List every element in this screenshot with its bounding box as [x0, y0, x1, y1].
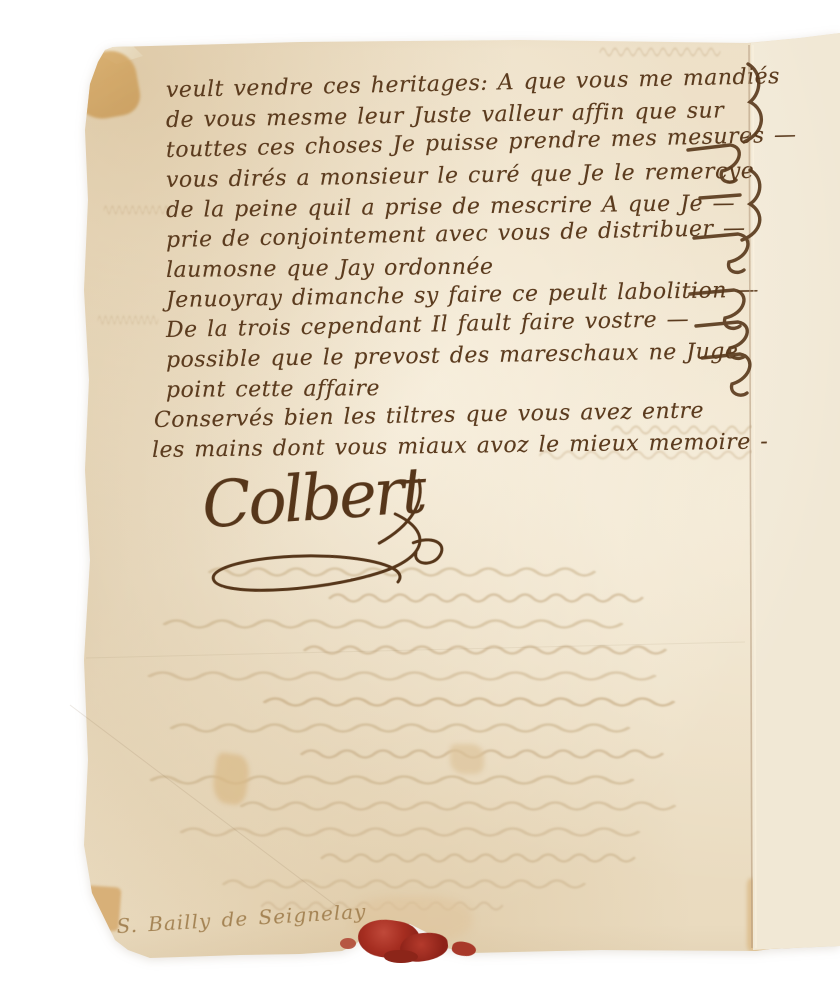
letter-sheet: veult vendre ces heritages: A que vous m…: [0, 0, 840, 1005]
letter-text-block: veult vendre ces heritages: A que vous m…: [166, 76, 786, 466]
colbert-signature: Colbert: [193, 442, 483, 611]
wax-seal-fragment: [384, 950, 418, 963]
stain-middle-left: [211, 752, 252, 806]
paper-shadow-wrapper: veult vendre ces heritages: A que vous m…: [0, 0, 840, 1005]
stain-middle-right: [450, 744, 484, 774]
photograph-of-letter: veult vendre ces heritages: A que vous m…: [0, 0, 840, 1005]
wax-seal-fragment: [340, 938, 356, 949]
svg-text:Colbert: Colbert: [200, 454, 430, 544]
address-docket: le S. Bailly de Seignelay: [85, 899, 367, 940]
